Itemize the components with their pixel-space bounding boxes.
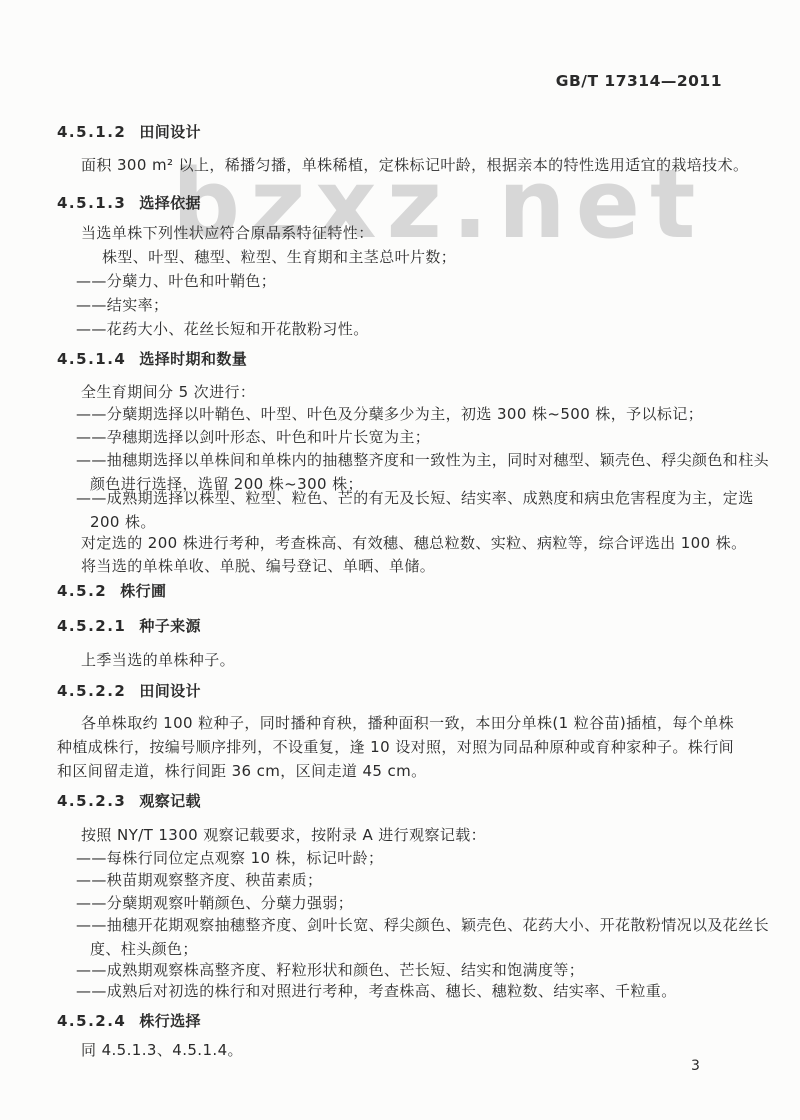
paragraph: 全生育期间分 5 次进行： xyxy=(57,380,749,404)
section-heading-4-5-1-3: 4.5.1.3选择依据 xyxy=(57,191,749,215)
paragraph: 上季当选的单株种子。 xyxy=(57,648,749,672)
section-heading-4-5-2-4: 4.5.2.4株行选择 xyxy=(57,1009,749,1033)
list-item-dash: ——分蘖期选择以叶鞘色、叶型、叶色及分蘖多少为主，初选 300 株~500 株，… xyxy=(57,402,782,426)
list-item-dash: ——分蘖期观察叶鞘颜色、分蘖力强弱； xyxy=(57,891,782,915)
section-title: 田间设计 xyxy=(139,123,201,141)
document-page: bzxz.net GB/T 17314—2011 4.5.1.2田间设计 面积 … xyxy=(0,0,800,1120)
paragraph: 各单株取约 100 粒种子，同时播种育秧，播种面积一致，本田分单株(1 粒谷苗)… xyxy=(57,711,749,783)
list-item: 株型、叶型、穗型、粒型、生育期和主茎总叶片数； xyxy=(57,245,794,269)
list-item-dash: ——结实率； xyxy=(57,293,782,317)
section-number: 4.5.2.1 xyxy=(57,617,126,635)
section-number: 4.5.1.2 xyxy=(57,123,126,141)
section-heading-4-5-2: 4.5.2株行圃 xyxy=(57,579,749,603)
section-title: 观察记载 xyxy=(139,792,201,810)
section-number: 4.5.1.4 xyxy=(57,350,126,368)
section-number: 4.5.2.3 xyxy=(57,792,126,810)
paragraph: 将当选的单株单收、单脱、编号登记、单晒、单储。 xyxy=(57,554,749,578)
section-heading-4-5-2-2: 4.5.2.2田间设计 xyxy=(57,679,749,703)
list-item-dash: ——成熟期选择以株型、粒型、粒色、芒的有无及长短、结实率、成熟度和病虫危害程度为… xyxy=(57,486,782,534)
section-heading-4-5-2-1: 4.5.2.1种子来源 xyxy=(57,614,749,638)
section-number: 4.5.1.3 xyxy=(57,194,126,212)
section-title: 株行圃 xyxy=(120,582,166,600)
section-title: 田间设计 xyxy=(139,682,201,700)
list-item-dash: ——成熟后对初选的株行和对照进行考种，考查株高、穗长、穗粒数、结实率、千粒重。 xyxy=(57,979,782,1003)
section-title: 选择时期和数量 xyxy=(139,350,247,368)
section-heading-4-5-1-4: 4.5.1.4选择时期和数量 xyxy=(57,347,749,371)
page-number: 3 xyxy=(691,1058,700,1074)
paragraph: 同 4.5.1.3、4.5.1.4。 xyxy=(57,1038,749,1062)
standard-code: GB/T 17314—2011 xyxy=(556,72,722,90)
list-item-dash: ——孕穗期选择以剑叶形态、叶色和叶片长宽为主； xyxy=(57,425,782,449)
list-item-dash: ——秧苗期观察整齐度、秧苗素质； xyxy=(57,868,782,892)
section-heading-4-5-2-3: 4.5.2.3观察记载 xyxy=(57,789,749,813)
paragraph: 按照 NY/T 1300 观察记载要求，按附录 A 进行观察记载： xyxy=(57,823,749,847)
list-item-dash: ——抽穗开花期观察抽穗整齐度、剑叶长宽、稃尖颜色、颖壳色、花药大小、开花散粉情况… xyxy=(57,913,782,961)
list-item-dash: ——每株行同位定点观察 10 株，标记叶龄； xyxy=(57,846,782,870)
paragraph: 对定选的 200 株进行考种，考查株高、有效穗、穗总粒数、实粒、病粒等，综合评选… xyxy=(57,531,749,555)
section-title: 选择依据 xyxy=(139,194,201,212)
section-heading-4-5-1-2: 4.5.1.2田间设计 xyxy=(57,120,749,144)
section-title: 株行选择 xyxy=(139,1012,201,1030)
list-item-dash: ——分蘖力、叶色和叶鞘色； xyxy=(57,269,782,293)
section-title: 种子来源 xyxy=(139,617,201,635)
list-item-dash: ——花药大小、花丝长短和开花散粉习性。 xyxy=(57,317,782,341)
section-number: 4.5.2.4 xyxy=(57,1012,126,1030)
paragraph: 面积 300 m² 以上，稀播匀播，单株稀植，定株标记叶龄，根据亲本的特性选用适… xyxy=(57,153,749,177)
section-number: 4.5.2.2 xyxy=(57,682,126,700)
section-number: 4.5.2 xyxy=(57,582,107,600)
paragraph: 当选单株下列性状应符合原品系特征特性： xyxy=(57,221,749,245)
